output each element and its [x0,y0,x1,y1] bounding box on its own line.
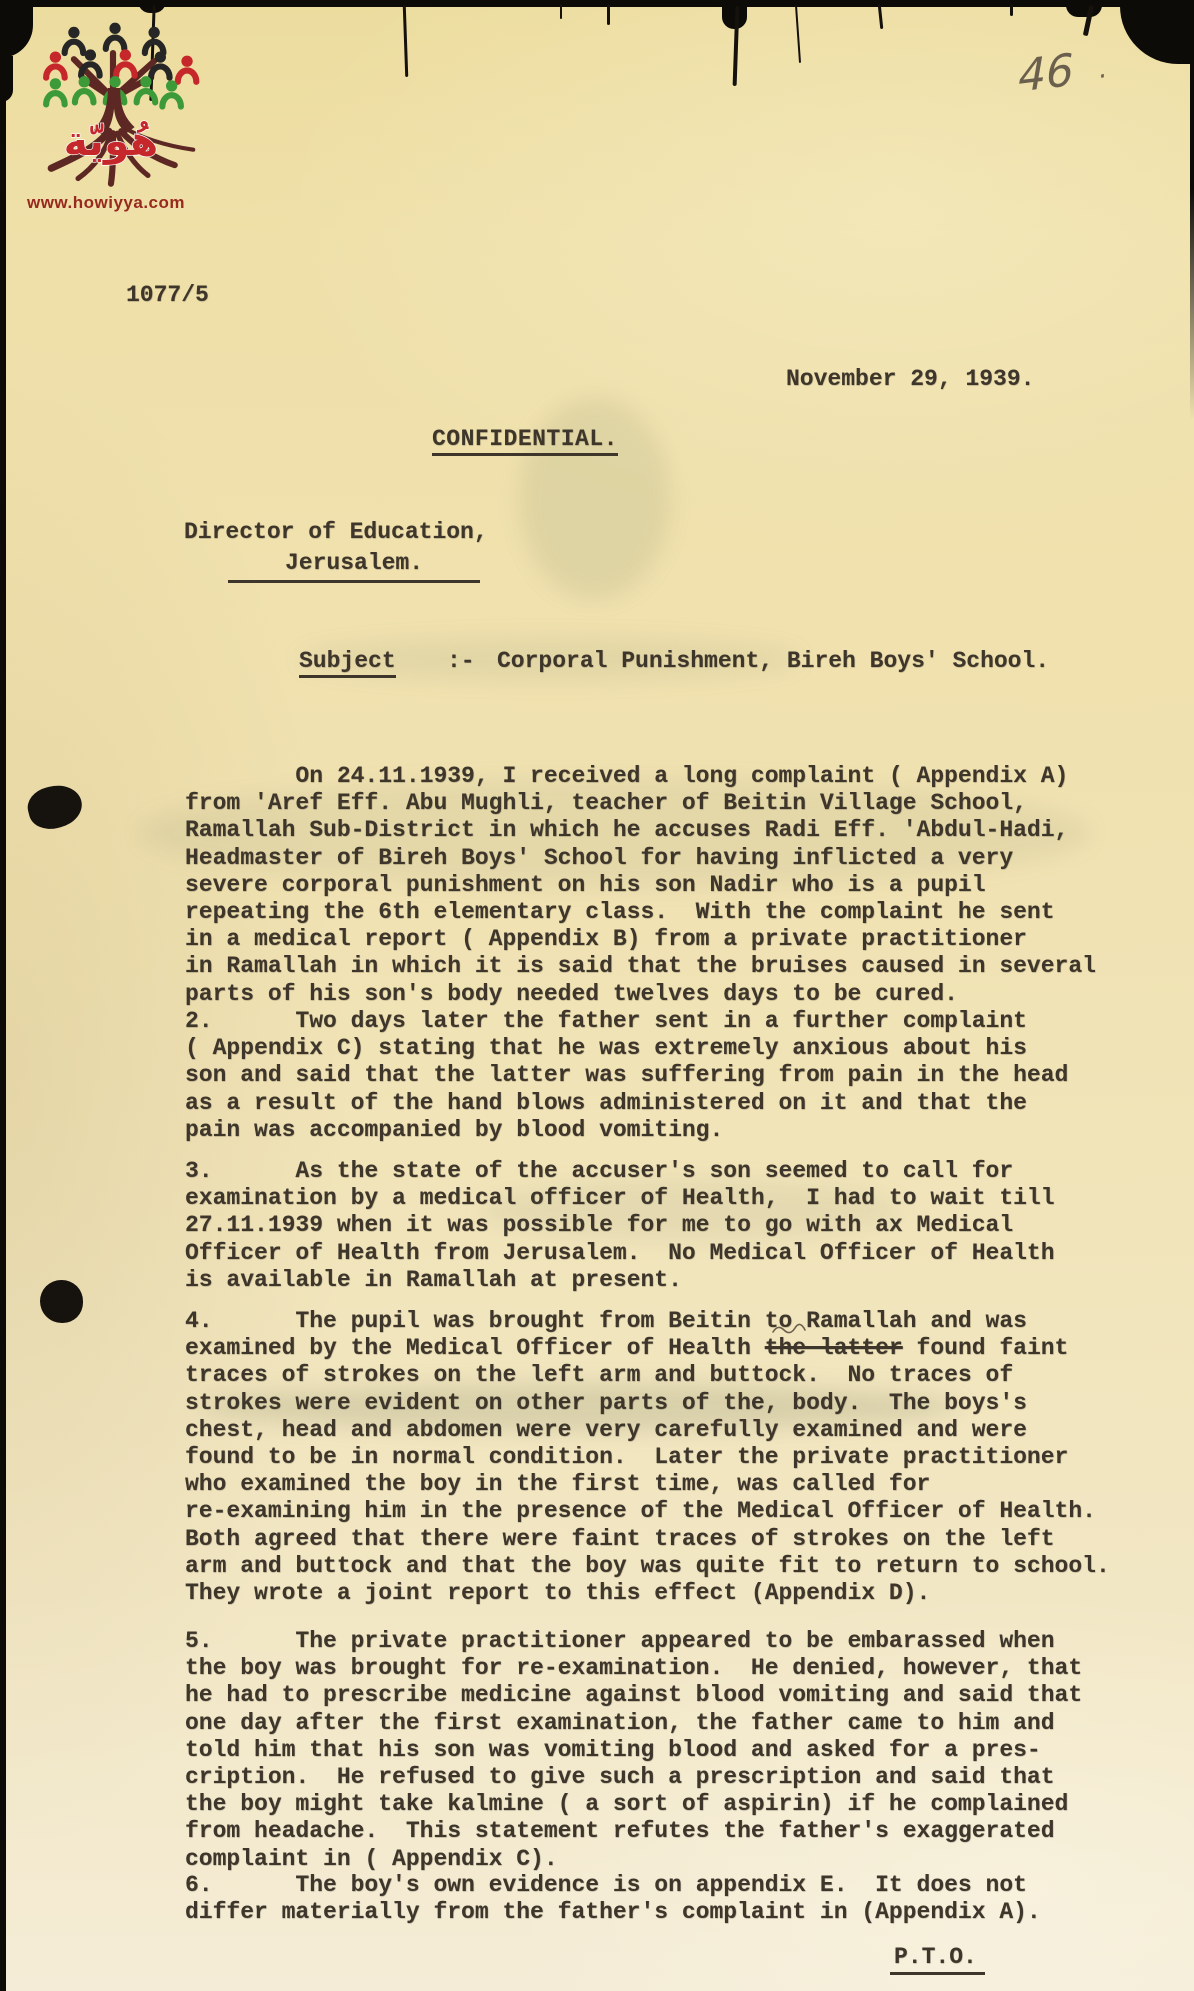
torn-edge-right [1190,0,1194,420]
recipient-title: Director of Education, [184,519,488,546]
paragraph-1: On 24.11.1939, I received a long complai… [185,763,1170,1008]
howiyya-logo: هُويّة [8,16,218,196]
paragraph-4: 4. The pupil was brought from Beitin to … [185,1308,1170,1607]
paper-crack [1010,4,1013,16]
reference-number: 1077/5 [126,282,209,309]
pto-footer: P.T.O. [890,1944,985,1971]
paper-crack [560,4,562,19]
subject-separator: :- [447,648,475,675]
paragraph-4-post: found faint traces of strokes on the lef… [185,1335,1110,1606]
logo-arabic-text: هُويّة [64,117,159,166]
paragraph-5: 5. The private practitioner appeared to … [185,1628,1170,1873]
handwritten-page-number: 46 [1018,44,1074,102]
subject-text: Corporal Punishment, Bireh Boys' School. [497,648,1049,675]
paragraph-2: 2. Two days later the father sent in a f… [185,1008,1170,1144]
classification-heading: CONFIDENTIAL. [432,426,618,453]
letter-date: November 29, 1939. [786,366,1034,393]
recipient-city: Jerusalem. [285,550,423,577]
subject-label: Subject [299,648,396,675]
punch-hole [40,1280,83,1323]
watermark-site-url: www.howiyya.com [16,193,196,213]
paragraph-6: 6. The boy's own evidence is on appendix… [185,1872,1170,1926]
torn-edge-top [0,0,1194,7]
classification-label: CONFIDENTIAL. [432,426,618,456]
paragraph-4-struck-text: the latter [765,1335,903,1361]
paper-tear [1066,0,1102,17]
logo-people-black-row [65,23,164,53]
torn-edge-left [0,0,6,1991]
paper-crack [607,4,610,25]
recipient-underline [228,580,480,583]
paragraph-3: 3. As the state of the accuser's son see… [185,1158,1170,1294]
logo-people-mixed-row [46,49,196,81]
handwritten-annotation [771,1322,807,1336]
